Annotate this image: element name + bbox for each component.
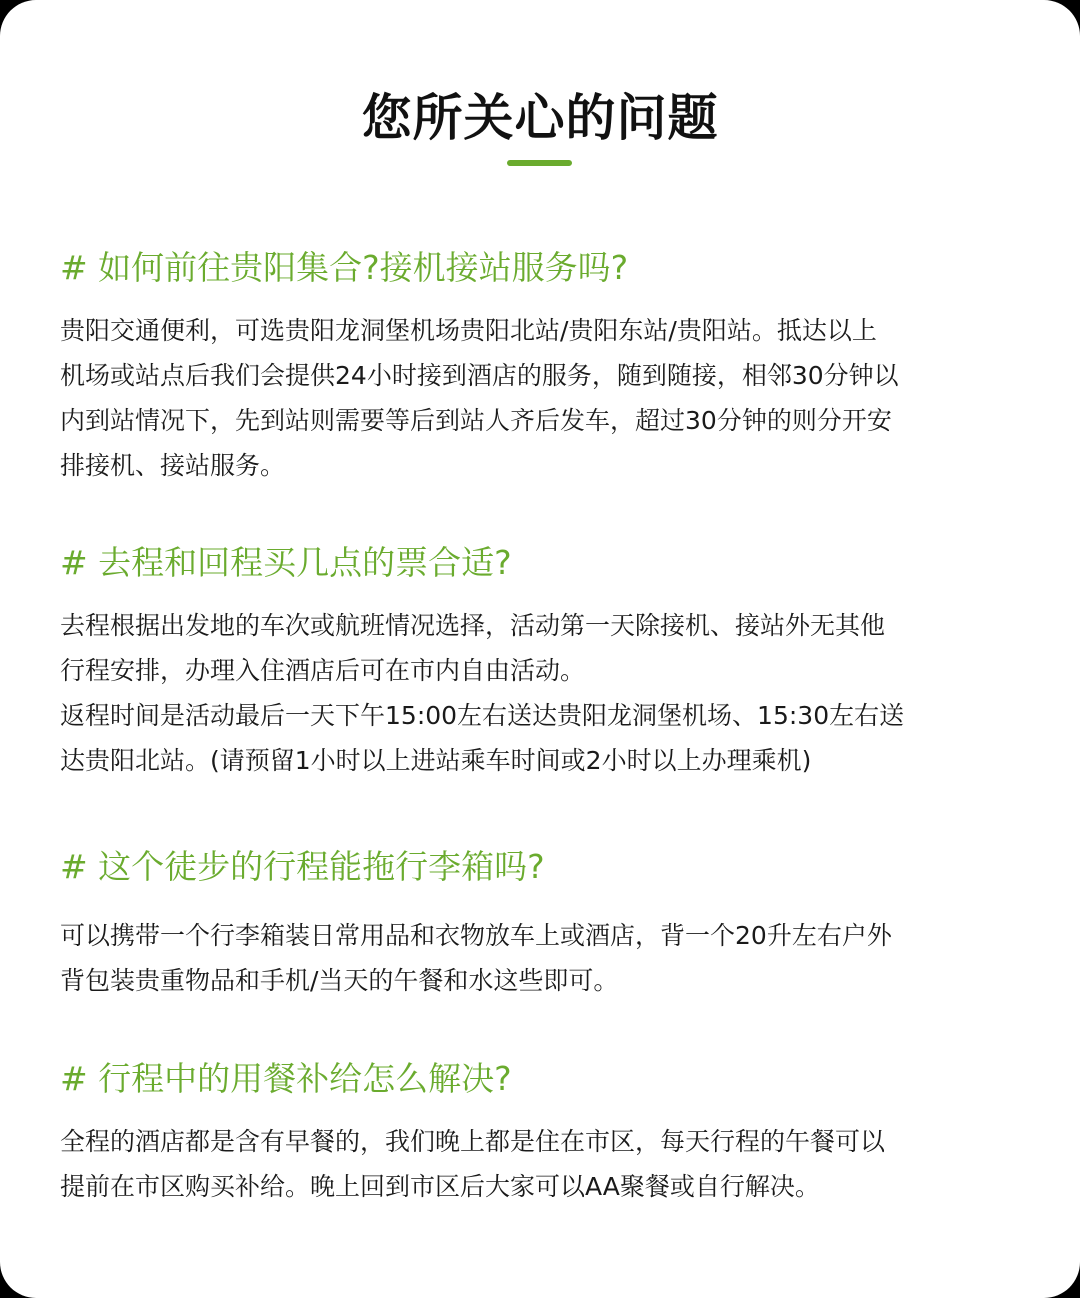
faq-question-1: # 如何前往贵阳集合?接机接站服务吗?: [60, 246, 628, 290]
answer-line: 返程时间是活动最后一天下午15:00左右送达贵阳龙洞堡机场、15:30左右送: [60, 693, 1050, 738]
answer-line: 贵阳交通便利，可选贵阳龙洞堡机场贵阳北站/贵阳东站/贵阳站。抵达以上: [60, 308, 1050, 353]
answer-line: 排接机、接站服务。: [60, 443, 1050, 488]
answer-line: 背包装贵重物品和手机/当天的午餐和水这些即可。: [60, 958, 1050, 1003]
answer-line: 内到站情况下，先到站则需要等后到站人齐后发车，超过30分钟的则分开安: [60, 398, 1050, 443]
faq-question-4: # 行程中的用餐补给怎么解决?: [60, 1057, 512, 1101]
title-underline: [507, 160, 572, 166]
faq-question-2: # 去程和回程买几点的票合适?: [60, 541, 512, 585]
faq-question-3: # 这个徒步的行程能拖行李箱吗?: [60, 845, 545, 889]
faq-answer-2: 去程根据出发地的车次或航班情况选择，活动第一天除接机、接站外无其他 行程安排，办…: [60, 603, 1050, 783]
faq-answer-3: 可以携带一个行李箱装日常用品和衣物放车上或酒店，背一个20升左右户外 背包装贵重…: [60, 913, 1050, 1003]
faq-answer-1: 贵阳交通便利，可选贵阳龙洞堡机场贵阳北站/贵阳东站/贵阳站。抵达以上 机场或站点…: [60, 308, 1050, 488]
faq-card: 您所关心的问题 # 如何前往贵阳集合?接机接站服务吗? 贵阳交通便利，可选贵阳龙…: [0, 0, 1080, 1298]
page-title: 您所关心的问题: [0, 86, 1080, 150]
answer-line: 去程根据出发地的车次或航班情况选择，活动第一天除接机、接站外无其他: [60, 603, 1050, 648]
answer-line: 提前在市区购买补给。晚上回到市区后大家可以AA聚餐或自行解决。: [60, 1164, 1050, 1209]
answer-line: 达贵阳北站。(请预留1小时以上进站乘车时间或2小时以上办理乘机): [60, 738, 1050, 783]
answer-line: 机场或站点后我们会提供24小时接到酒店的服务，随到随接，相邻30分钟以: [60, 353, 1050, 398]
faq-answer-4: 全程的酒店都是含有早餐的，我们晚上都是住在市区，每天行程的午餐可以 提前在市区购…: [60, 1119, 1050, 1209]
answer-line: 行程安排，办理入住酒店后可在市内自由活动。: [60, 648, 1050, 693]
answer-line: 可以携带一个行李箱装日常用品和衣物放车上或酒店，背一个20升左右户外: [60, 913, 1050, 958]
answer-line: 全程的酒店都是含有早餐的，我们晚上都是住在市区，每天行程的午餐可以: [60, 1119, 1050, 1164]
